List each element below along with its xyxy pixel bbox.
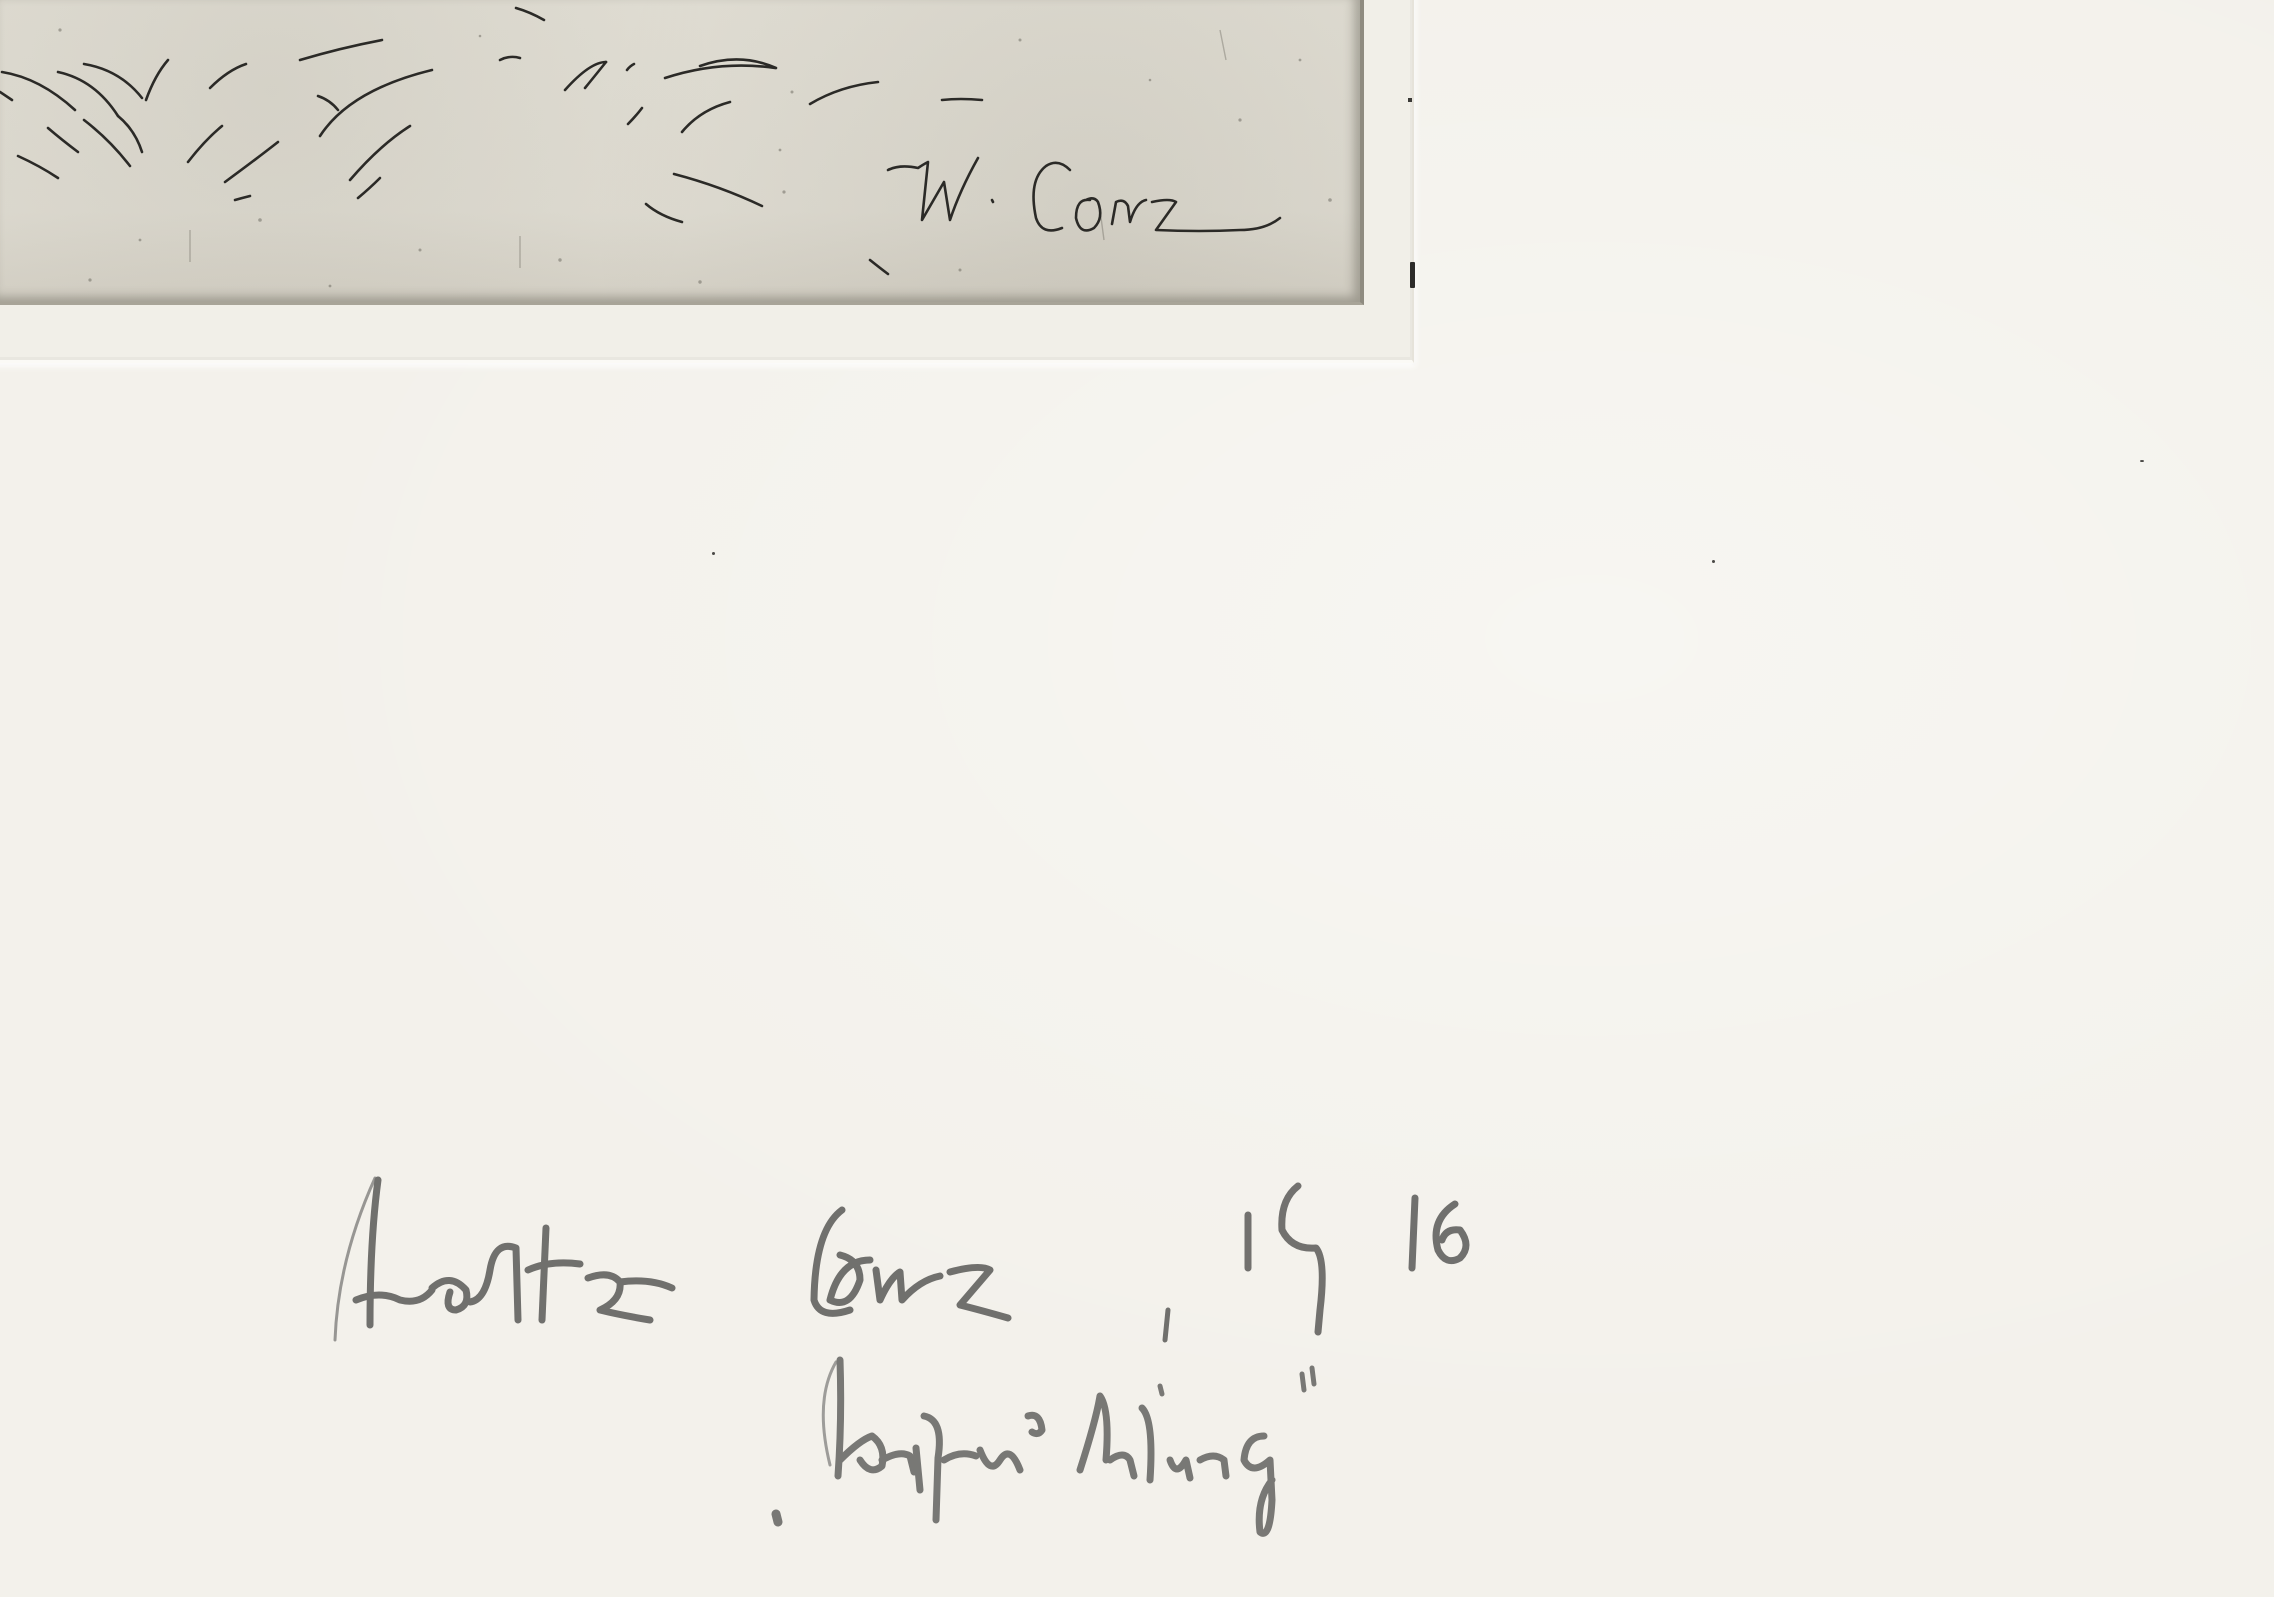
etched-signature: W. Conz [880,140,1300,260]
paper-speck [712,552,715,555]
etched-signature-strokes [880,140,1300,260]
pencil-inscription: Walter Conz, 1916 „Vorfrühling" [320,1160,1640,1560]
paper-speck [1712,560,1715,563]
pencil-handwriting-strokes [320,1160,1640,1560]
plate-edge-mark [1410,262,1415,288]
etching-image-area: W. Conz [0,0,1364,305]
margin-speck [1408,98,1412,102]
paper-speck [2140,460,2144,462]
